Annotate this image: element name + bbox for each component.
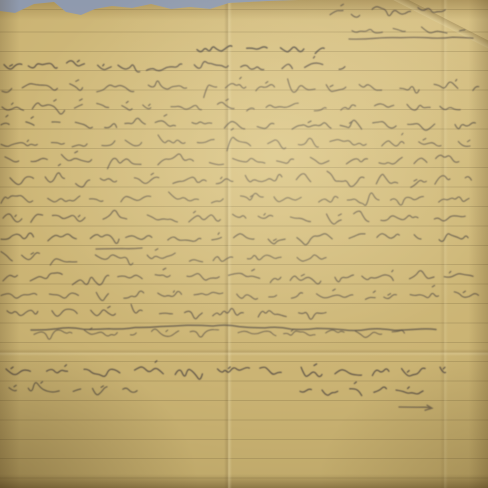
handwriting-line-body-11: [3, 268, 473, 285]
handwriting-stroke: [1, 115, 475, 131]
handwriting-stroke: [10, 164, 471, 187]
handwriting-stroke: [4, 57, 345, 72]
handwriting-line-crossed-out-line: [31, 325, 436, 339]
handwriting-stroke: [3, 268, 473, 285]
handwriting-line-body-5: [5, 151, 459, 169]
handwriting-stroke: [330, 4, 445, 17]
handwriting-line-body-6: [10, 164, 471, 187]
handwriting-stroke: [3, 210, 465, 224]
handwriting-line-salutation: [4, 57, 345, 72]
handwriting-stroke: [1, 192, 469, 205]
handwriting-line-body-3: [1, 115, 475, 131]
handwriting-line-body-13: [7, 304, 326, 319]
handwriting-line-signature: [300, 382, 432, 410]
handwriting-stroke: [1, 233, 468, 245]
underline-stroke: [349, 37, 473, 39]
handwriting-stroke: [300, 382, 423, 396]
handwriting-line-body-2: [2, 99, 460, 114]
underline-stroke: [399, 405, 432, 410]
handwriting-stroke: [9, 382, 137, 395]
handwriting-line-heading: [197, 46, 324, 54]
handwriting-stroke: [2, 99, 460, 114]
handwriting-ink: [0, 0, 488, 488]
handwriting-stroke: [1, 129, 470, 151]
handwriting-line-body-12: [1, 285, 479, 300]
handwriting-line-body-10: [1, 249, 326, 265]
handwriting-line-body-4: [1, 129, 470, 151]
handwriting-line-closing-2: [9, 382, 137, 395]
handwriting-stroke: [352, 27, 465, 33]
letter-photograph: [0, 0, 488, 488]
handwriting-line-body-9: [1, 233, 468, 249]
handwriting-stroke: [197, 46, 324, 54]
handwriting-stroke: [5, 151, 459, 169]
handwriting-line-closing-1: [6, 361, 446, 379]
handwriting-line-body-7: [1, 192, 469, 205]
handwriting-stroke: [6, 361, 446, 379]
underline-stroke: [96, 248, 142, 249]
handwriting-line-body-8: [3, 210, 465, 224]
handwriting-stroke: [7, 304, 326, 319]
handwriting-stroke: [1, 285, 479, 300]
handwriting-line-dateline: [330, 4, 445, 17]
handwriting-stroke: [1, 249, 326, 265]
handwriting-stroke: [2, 77, 479, 97]
handwriting-line-body-1: [2, 77, 479, 97]
handwriting-line-address-line: [349, 27, 473, 39]
